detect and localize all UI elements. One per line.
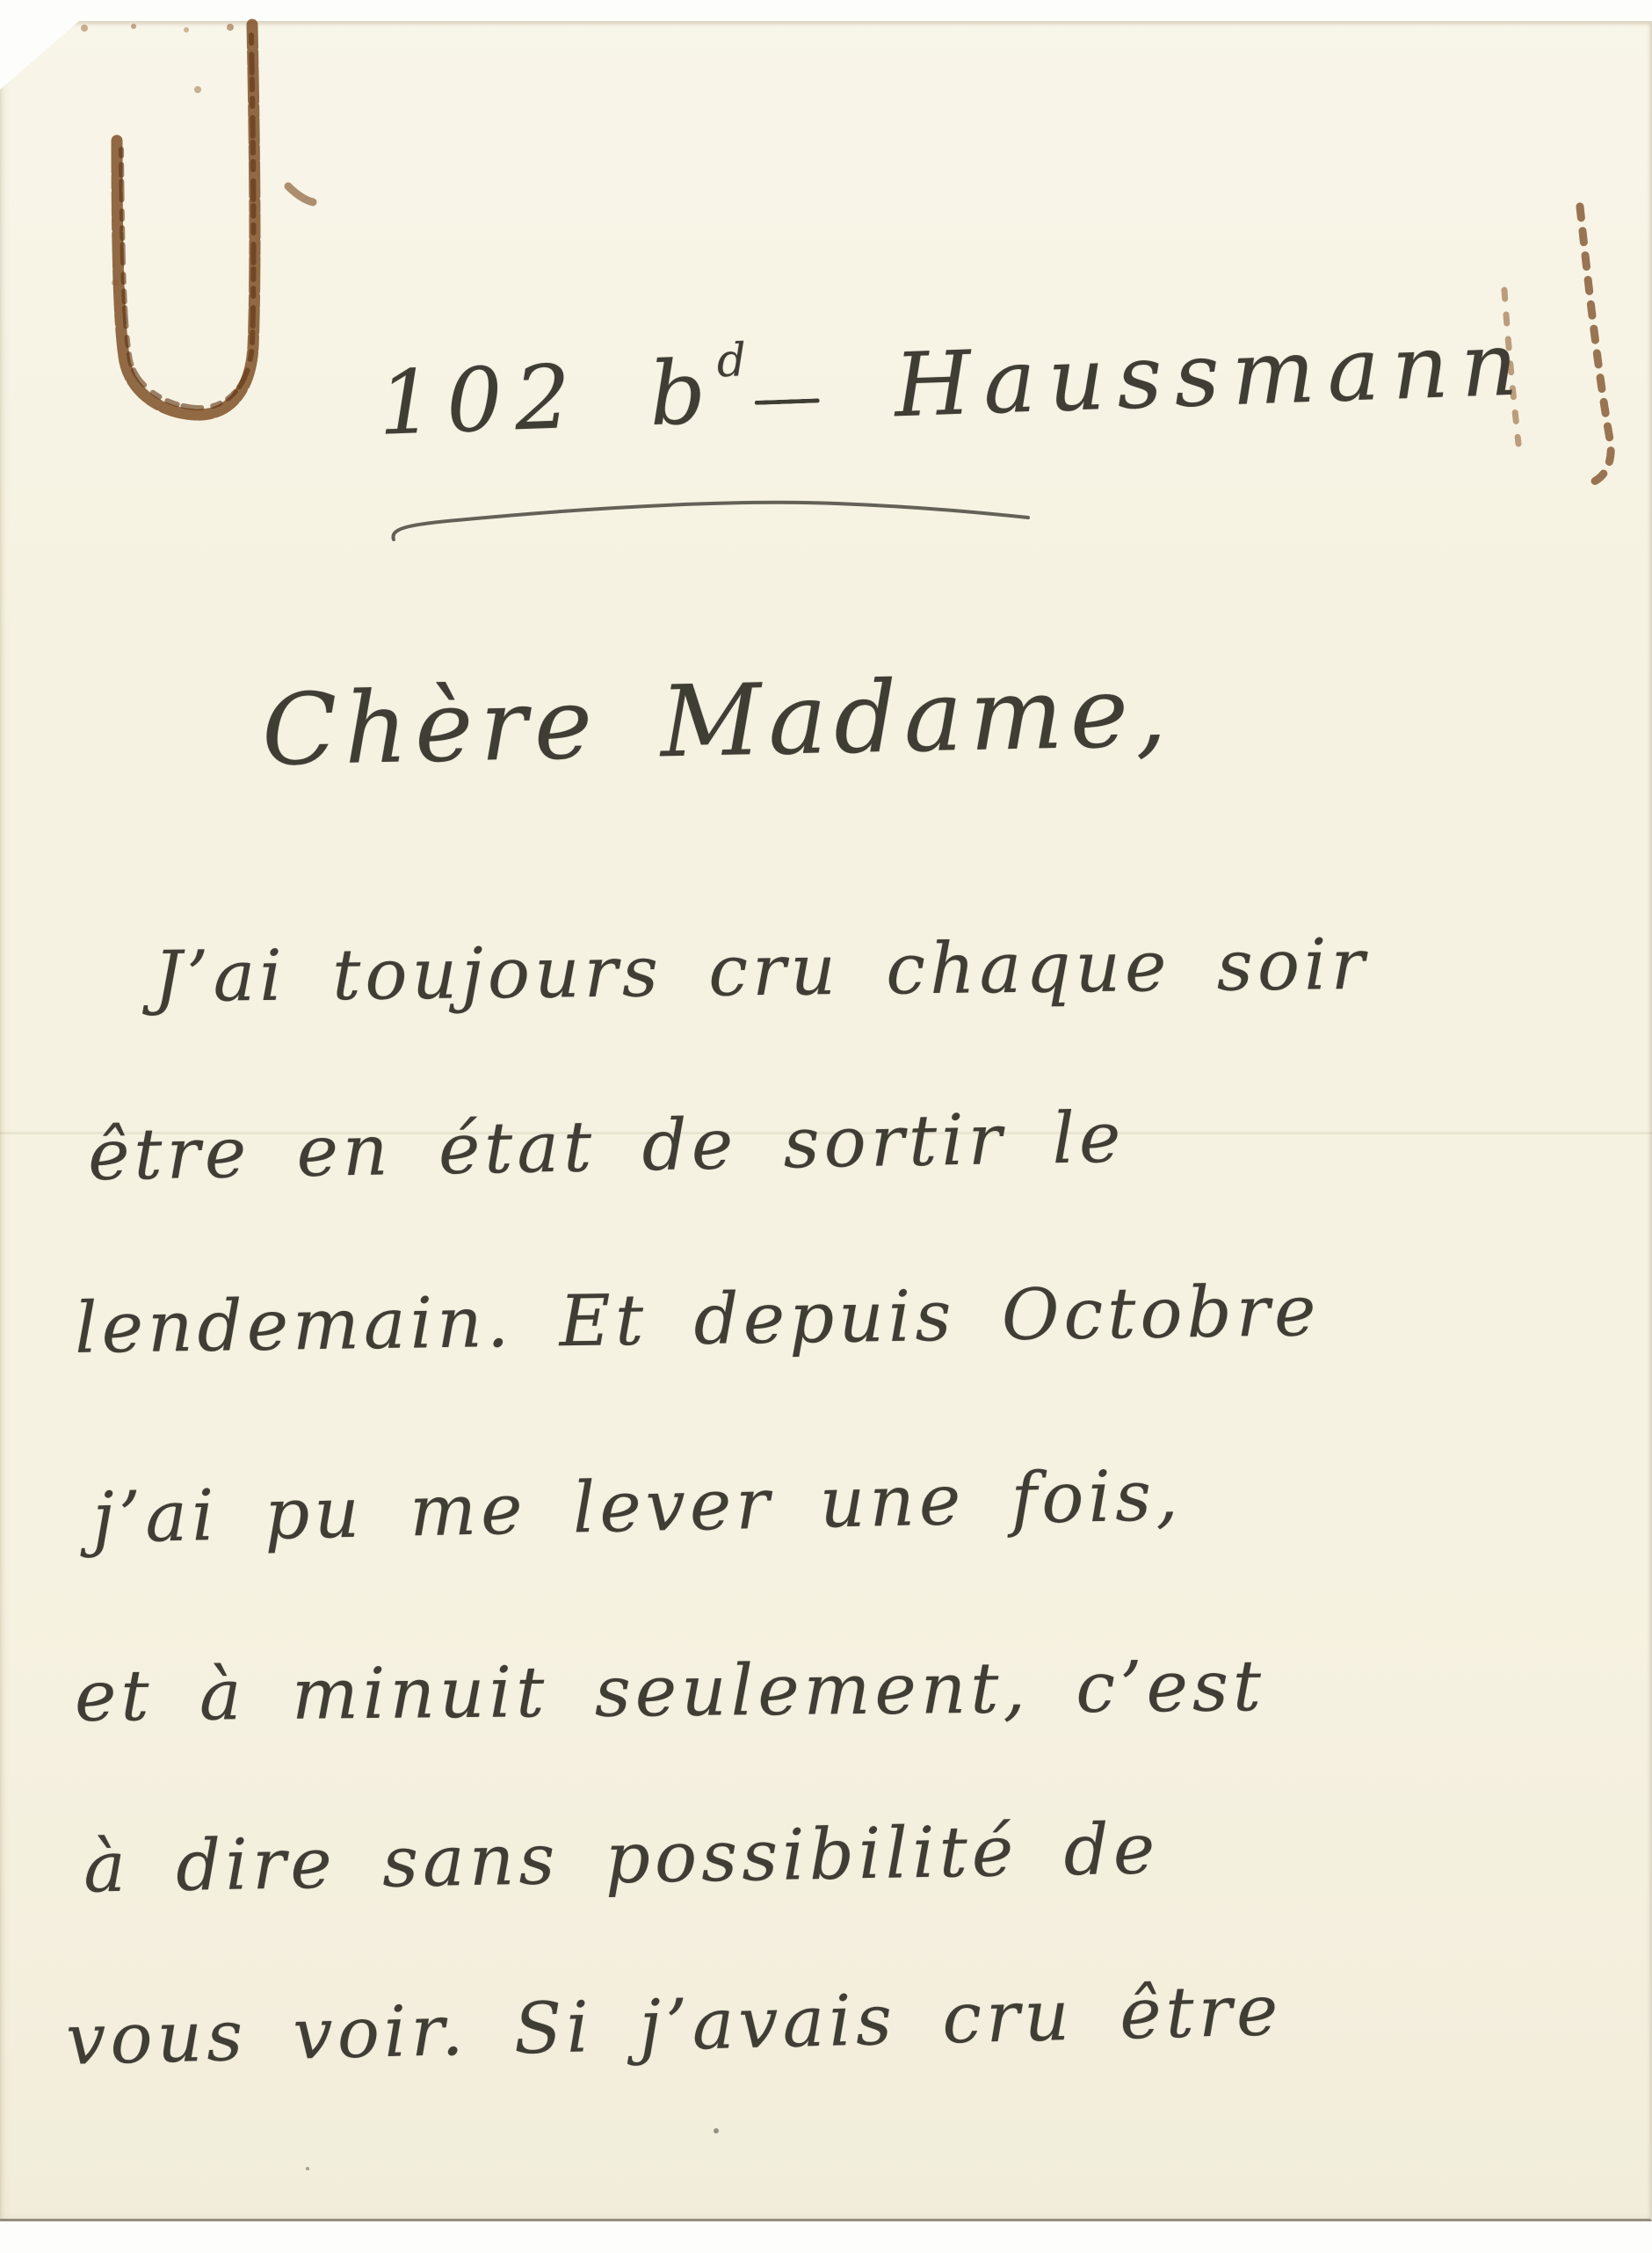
- body-line: lendemain. Et depuis Octobre: [74, 1270, 1321, 1369]
- scan-corner-wedge: [0, 21, 79, 90]
- address-number: 102: [376, 345, 584, 455]
- salutation: Chère Madame,: [261, 655, 1175, 788]
- letter-scan: 102 bd Haussmann Chère Madame, J’ai touj…: [0, 0, 1652, 2253]
- body-line: J’ai toujours cru chaque soir: [154, 924, 1370, 1018]
- abbreviation-dash: [755, 398, 820, 405]
- address-abbrev-superscript: d: [716, 334, 749, 388]
- body-line: et à minuit seulement, c’est: [75, 1645, 1266, 1737]
- address-abbrev: b: [648, 340, 720, 446]
